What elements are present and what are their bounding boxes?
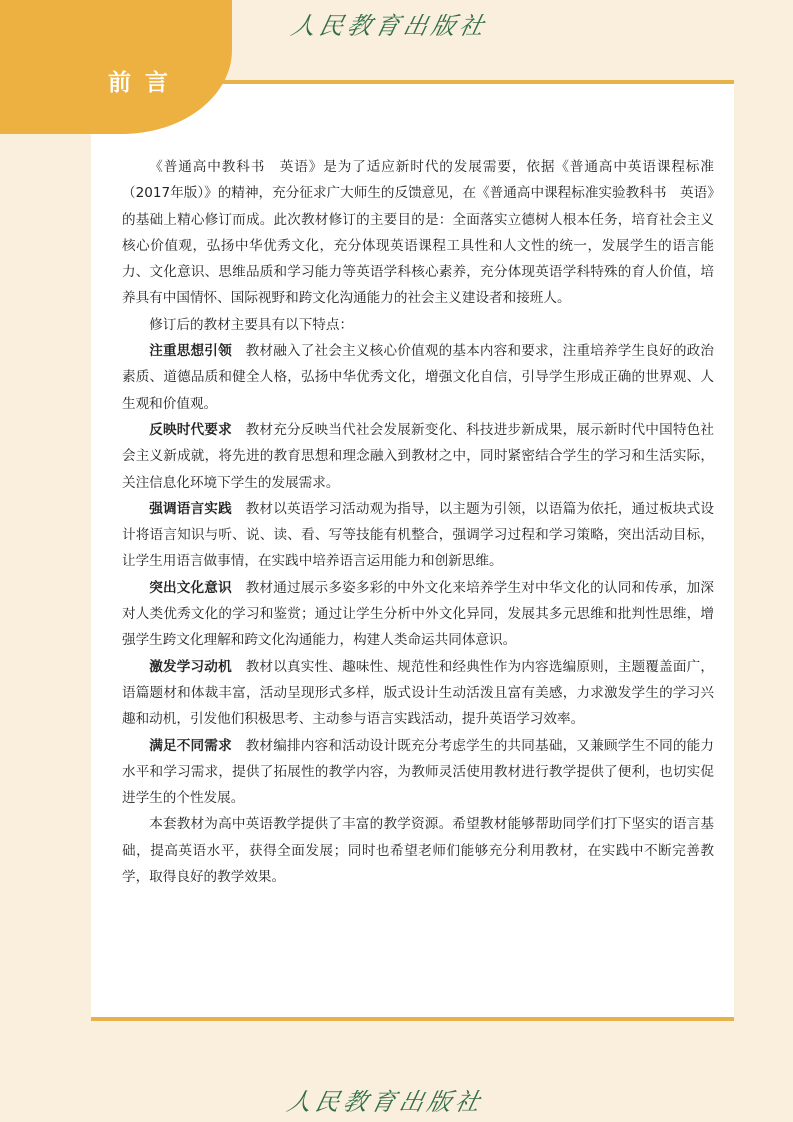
feature-paragraph: 强调语言实践教材以英语学习活动观为指导，以主题为引领，以语篇为依托，通过板块式设… [122, 496, 714, 575]
feature-paragraph: 满足不同需求教材编排内容和活动设计既充分考虑学生的共同基础，又兼顾学生不同的能力… [122, 733, 714, 812]
feature-title: 突出文化意识 [149, 580, 232, 596]
feature-paragraph: 注重思想引领教材融入了社会主义核心价值观的基本内容和要求，注重培养学生良好的政治… [122, 338, 714, 417]
publisher-logo-top: 人民教育出版社 [288, 6, 491, 41]
preface-body: 《普通高中教科书 英语》是为了适应新时代的发展需要，依据《普通高中英语课程标准（… [122, 154, 714, 890]
feature-title: 满足不同需求 [149, 738, 232, 754]
section-title: 前言 [108, 64, 182, 97]
publisher-logo-bottom: 人民教育出版社 [284, 1082, 487, 1117]
feature-title: 反映时代要求 [149, 422, 232, 438]
intro-paragraph: 《普通高中教科书 英语》是为了适应新时代的发展需要，依据《普通高中英语课程标准（… [122, 154, 714, 312]
bottom-divider [91, 1017, 734, 1021]
feature-title: 注重思想引领 [149, 343, 232, 359]
features-lead: 修订后的教材主要具有以下特点： [122, 312, 714, 338]
feature-title: 激发学习动机 [149, 659, 232, 675]
feature-paragraph: 激发学习动机教材以真实性、趣味性、规范性和经典性作为内容选编原则，主题覆盖面广，… [122, 654, 714, 733]
closing-paragraph: 本套教材为高中英语教学提供了丰富的教学资源。希望教材能够帮助同学们打下坚实的语言… [122, 811, 714, 890]
feature-paragraph: 反映时代要求教材充分反映当代社会发展新变化、科技进步新成果，展示新时代中国特色社… [122, 417, 714, 496]
feature-title: 强调语言实践 [149, 501, 232, 517]
feature-paragraph: 突出文化意识教材通过展示多姿多彩的中外文化来培养学生对中华文化的认同和传承，加深… [122, 575, 714, 654]
